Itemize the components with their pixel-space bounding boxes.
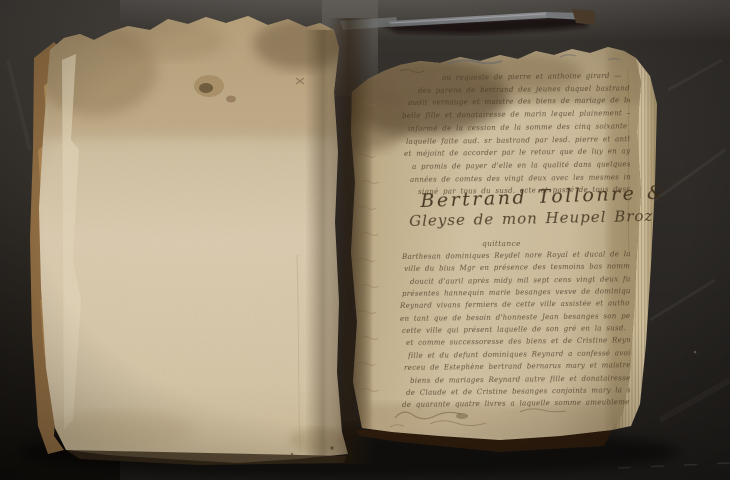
archival-photo: Bertrand Tollonre & Gleyse de mon Heupel… [0, 0, 730, 480]
photo-vignette [0, 0, 730, 480]
book-photo-artwork [0, 0, 730, 480]
